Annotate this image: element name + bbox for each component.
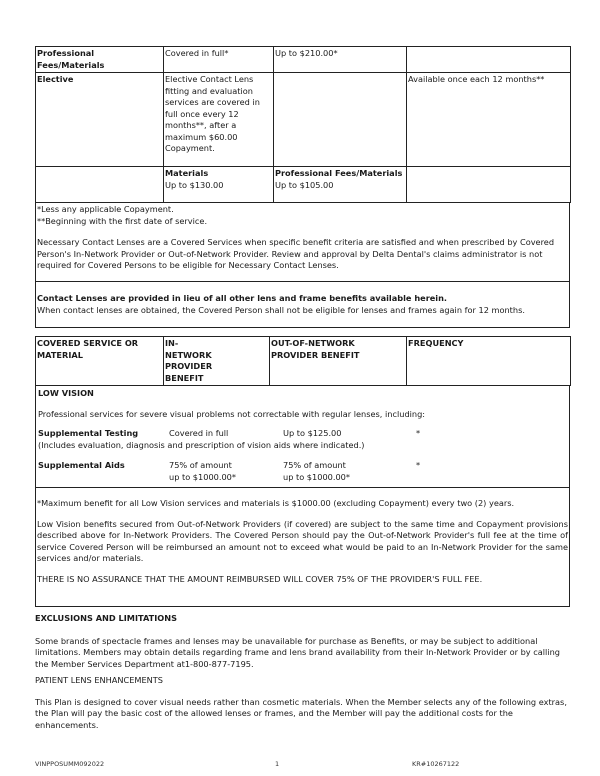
enhancements-heading: PATIENT LENS ENHANCEMENTS	[35, 675, 570, 687]
materials-value: Up to $130.00	[165, 180, 272, 192]
header-line: BENEFIT	[165, 373, 268, 385]
enhancements-text: This Plan is designed to cover visual ne…	[35, 697, 570, 732]
contact-lens-table: Professional Fees/Materials Covered in f…	[35, 46, 570, 328]
header-row: COVERED SERVICE OR MATERIAL IN- NETWORK …	[36, 337, 571, 386]
header-line: PROVIDER BENEFIT	[271, 350, 405, 362]
item-in-network: Covered in full	[169, 428, 228, 440]
header-line: OUT-OF-NETWORK	[271, 338, 405, 350]
assurance: THERE IS NO ASSURANCE THAT THE AMOUNT RE…	[37, 574, 568, 586]
lieu-notes: Contact Lenses are provided in lieu of a…	[35, 282, 570, 328]
header-line: IN-	[165, 338, 268, 350]
item-name: Supplemental Aids	[38, 460, 125, 472]
exclusions-section: EXCLUSIONS AND LIMITATIONS Some brands o…	[35, 613, 570, 670]
header-out-network: OUT-OF-NETWORK PROVIDER BENEFIT	[270, 337, 407, 386]
in-network-cell: Covered in full*	[164, 47, 274, 73]
footer-kr-number: KR#10267122	[412, 759, 459, 771]
low-vision-body: LOW VISION Professional services for sev…	[35, 386, 570, 488]
low-vision-notes: *Maximum benefit for all Low Vision serv…	[35, 488, 570, 607]
header-service: COVERED SERVICE OR MATERIAL	[36, 337, 164, 386]
low-vision-table: COVERED SERVICE OR MATERIAL IN- NETWORK …	[35, 336, 570, 607]
header-line: COVERED SERVICE OR	[37, 338, 162, 350]
in-network-cell: Elective Contact Lens fitting and evalua…	[164, 73, 274, 167]
fees-label: Professional Fees/Materials	[275, 168, 405, 180]
header-frequency: FREQUENCY	[407, 337, 571, 386]
oon-text: Low Vision benefits secured from Out-of-…	[37, 519, 568, 565]
table-row: Professional Fees/Materials Covered in f…	[36, 47, 571, 73]
header-in-network: IN- NETWORK PROVIDER BENEFIT	[164, 337, 270, 386]
item-in-network-line1: 75% of amount	[169, 460, 232, 472]
service-cell: Professional Fees/Materials	[36, 47, 164, 73]
contact-notes: *Less any applicable Copayment. **Beginn…	[35, 203, 570, 282]
footnote-1: *Less any applicable Copayment.	[37, 204, 568, 216]
lieu-heading: Contact Lenses are provided in lieu of a…	[37, 293, 568, 305]
in-network-cell: Materials Up to $130.00	[164, 167, 274, 203]
item-out-network-line2: up to $1000.00*	[283, 472, 350, 484]
footer-page-number: 1	[275, 759, 279, 771]
service-cell: Elective	[36, 73, 164, 167]
materials-label: Materials	[165, 168, 272, 180]
fees-value: Up to $105.00	[275, 180, 405, 192]
item-out-network-line1: 75% of amount	[283, 460, 346, 472]
item-out-network: Up to $125.00	[283, 428, 341, 440]
header-line: PROVIDER	[165, 361, 268, 373]
out-network-cell: Professional Fees/Materials Up to $105.0…	[274, 167, 407, 203]
item-supplemental-aids: Supplemental Aids 75% of amount up to $1…	[38, 460, 567, 484]
frequency-cell	[407, 167, 571, 203]
footer-doc-code: VINPPOSUMM092022	[35, 759, 104, 771]
out-network-cell: Up to $210.00*	[274, 47, 407, 73]
header-line: MATERIAL	[37, 350, 162, 362]
item-name: Supplemental Testing	[38, 428, 138, 440]
table-row: Elective Elective Contact Lens fitting a…	[36, 73, 571, 167]
frequency-cell: Available once each 12 months**	[407, 73, 571, 167]
max-benefit: *Maximum benefit for all Low Vision serv…	[37, 498, 568, 510]
item-note: (Includes evaluation, diagnosis and pres…	[38, 440, 567, 452]
necessary-text: Necessary Contact Lenses are a Covered S…	[37, 237, 568, 272]
exclusions-heading: EXCLUSIONS AND LIMITATIONS	[35, 613, 570, 625]
intro-text: Professional services for severe visual …	[38, 409, 567, 421]
item-frequency: *	[416, 428, 420, 440]
item-in-network-line2: up to $1000.00*	[169, 472, 236, 484]
footnote-2: **Beginning with the first date of servi…	[37, 216, 568, 228]
header-line: FREQUENCY	[408, 338, 569, 350]
header-line: NETWORK	[165, 350, 268, 362]
lieu-text: When contact lenses are obtained, the Co…	[37, 305, 568, 317]
item-supplemental-testing: Supplemental Testing Covered in full Up …	[38, 428, 567, 440]
enhancements-section: PATIENT LENS ENHANCEMENTS This Plan is d…	[35, 675, 570, 731]
exclusions-text: Some brands of spectacle frames and lens…	[35, 636, 570, 671]
item-frequency: *	[416, 460, 420, 472]
out-network-cell	[274, 73, 407, 167]
frequency-cell	[407, 47, 571, 73]
table-row: Materials Up to $130.00 Professional Fee…	[36, 167, 571, 203]
service-cell	[36, 167, 164, 203]
section-title: LOW VISION	[38, 388, 567, 400]
